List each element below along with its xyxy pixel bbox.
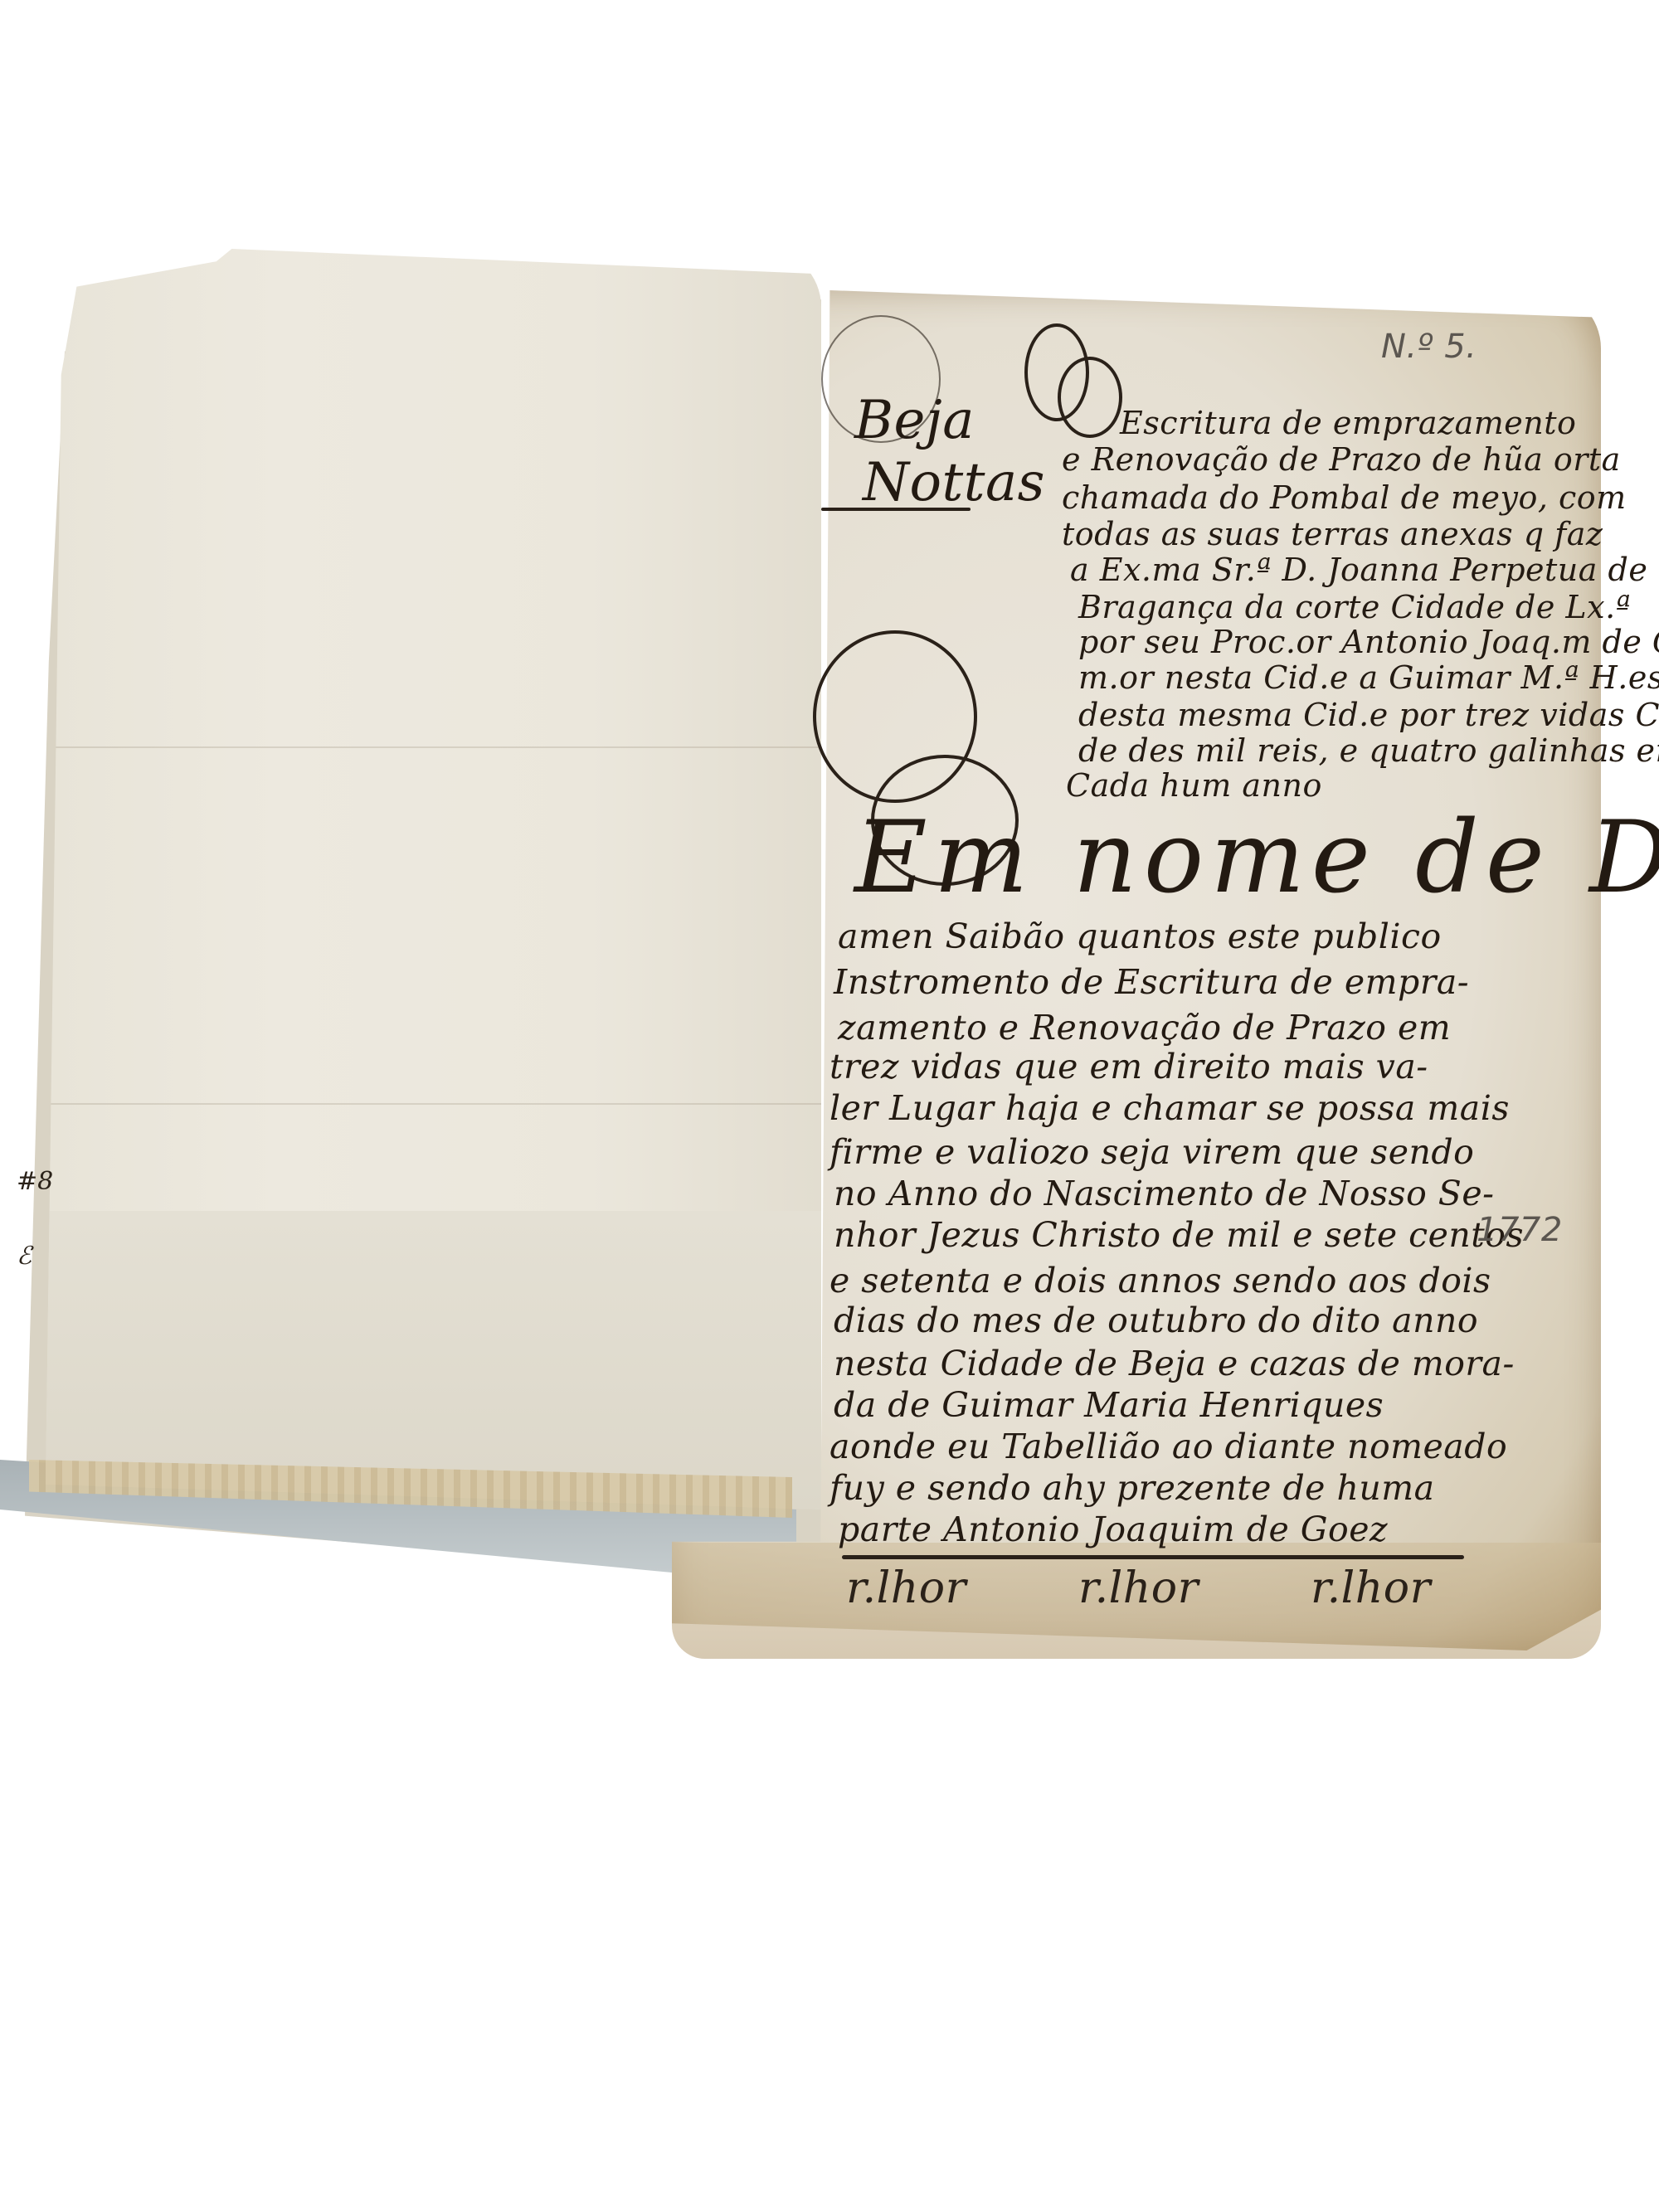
summary-line: Cada hum anno [1066,767,1322,804]
body-line: trez vidas que em direito mais va- [829,1047,1428,1087]
paper-fold-crease [46,1103,821,1105]
body-line: aonde eu Tabellião ao diante nomeado [829,1427,1507,1466]
left-edge-annotations: #8 ℰ [17,1145,75,1327]
paper-fold-crease [46,746,821,748]
summary-line: todas as suas terras anexas q faz [1062,516,1603,552]
body-line: no Anno do Nascimento de Nosso Se- [834,1174,1495,1213]
body-line: firme e valiozo seja virem que sendo [829,1132,1474,1172]
summary-line: m.or nesta Cid.e a Guimar M.ª H.es [1078,659,1659,696]
margin-underline [821,508,971,511]
summary-line: por seu Proc.or Antonio Joaq.m de Goez [1078,624,1659,660]
signature-mark: r.lhor [1311,1563,1431,1613]
summary-line: chamada do Pombal de meyo, com [1062,479,1627,516]
body-line: amen Saibão quantos este publico [838,916,1442,956]
decorative-initial-e-loop [1058,357,1122,438]
body-line: nesta Cidade de Beja e cazas de mora- [834,1344,1515,1383]
margin-title-nottas: Nottas [863,452,1045,513]
body-line: nhor Jezus Christo de mil e sete centos [834,1215,1524,1255]
body-line: da de Guimar Maria Henriques [834,1385,1384,1425]
signature-mark: r.lhor [846,1563,966,1613]
body-line: dias do mes de outubro do dito anno [834,1300,1478,1340]
summary-line: Bragança da corte Cidade de Lx.ª [1078,589,1631,625]
body-line: Instromento de Escritura de empra- [834,962,1469,1002]
edge-note: ℰ [17,1219,75,1294]
edge-note: #8 [17,1145,75,1219]
summary-line: e Renovação de Prazo de hũa orta [1062,441,1621,478]
summary-line: de des mil reis, e quatro galinhas em [1078,732,1659,769]
body-line: e setenta e dois annos sendo aos dois [829,1261,1491,1300]
signature-rule [842,1555,1464,1559]
archive-number: N.º 5. [1381,328,1477,366]
manuscript-photo: #8 ℰ N.º 5. Beja Nottas Escritura de emp… [0,0,1659,2212]
summary-line: desta mesma Cid.e por trez vidas Com for… [1078,697,1659,733]
incipit-heading: Em nome de D.s [854,800,1659,916]
summary-line: a Ex.ma Sr.ª D. Joanna Perpetua de [1070,552,1647,588]
left-page-blank [46,249,821,1510]
body-line: parte Antonio Joaquim de Goez [838,1510,1388,1549]
summary-line: Escritura de emprazamento [1120,405,1576,441]
body-line: fuy e sendo ahy prezente de huma [829,1468,1435,1508]
flourish-loop [821,315,941,443]
body-line: zamento e Renovação de Prazo em [838,1008,1451,1048]
margin-year: 1772 [1477,1211,1563,1249]
body-line: ler Lugar haja e chamar se possa mais [829,1088,1510,1128]
signature-mark: r.lhor [1078,1563,1199,1613]
